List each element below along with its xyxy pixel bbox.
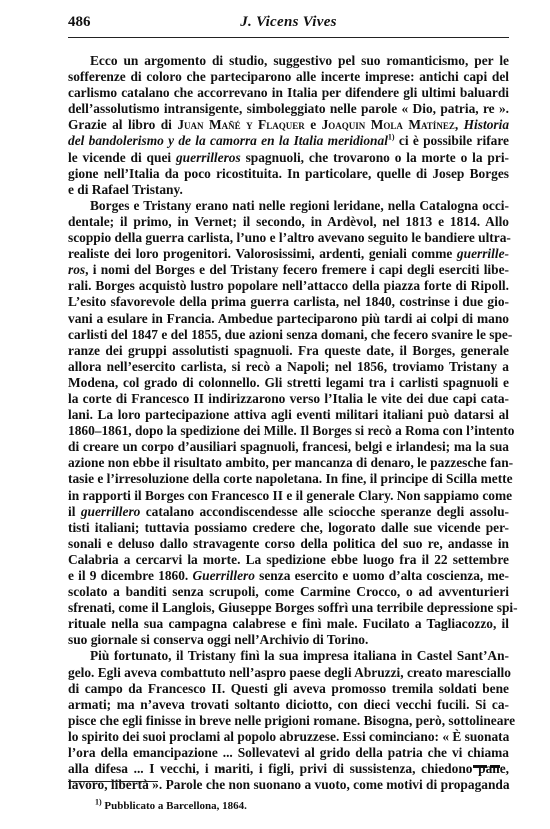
italic-term: guerrille- [457, 246, 509, 261]
author-name: Juan Mañé y Flaquer [177, 117, 304, 132]
text-line: tasie e l’irresoluzione della corte napo… [68, 471, 509, 487]
text-line: dentale; il primo, in Vernet; il secondo… [68, 214, 509, 230]
running-title: J. Vicens Vives [68, 14, 509, 31]
text-line: suo giornale si conserva oggi nell’Archi… [68, 632, 509, 648]
text-line: rali. Borges acquistò lustro popolare ne… [68, 278, 509, 294]
text-line: e il 9 dicembre 1860. Guerrillero senza … [68, 568, 509, 584]
italic-term: Guerrillero [192, 568, 255, 583]
scan-mark [490, 765, 500, 768]
text-line: azione non ebbe il risultato ambito, per… [68, 455, 509, 471]
text-line: realiste dei loro progenitori. Valorosis… [68, 246, 509, 262]
text-line: L’esito sfavorevole della prima guerra c… [68, 294, 509, 310]
text-line: gelo. Egli aveva combattuto nell’aspro p… [68, 665, 509, 681]
text-line: allora nell’esercito carlista, si recò a… [68, 359, 509, 375]
text-fragment: senza esercito e uomo d’alta coscienza, … [255, 568, 509, 583]
text-fragment: il [68, 504, 81, 519]
text-line: Più fortunato, il Tristany finì la sua i… [68, 648, 509, 664]
footnote: 1) Pubblicato a Barcellona, 1864. [95, 800, 247, 812]
text-line: ranze dei gruppi assolutisti spagnuoli. … [68, 343, 509, 359]
text-fragment: le vicende di quei [68, 150, 176, 165]
running-head: 486 J. Vicens Vives [68, 10, 509, 32]
book-title: del bandolerismo y de la camorra en la I… [68, 133, 388, 148]
author-name: Joaquin Mola Matínez [322, 117, 455, 132]
text-fragment: ci è possibile rifare [395, 133, 509, 148]
footnote-text: Pubblicato a Barcellona, 1864. [102, 800, 247, 812]
text-fragment: e il 9 dicembre 1860. [68, 568, 192, 583]
text-fragment: , i nomi del Borges e del Tristany fecer… [85, 262, 509, 277]
text-line: scolato a banditi senza scrupoli, come C… [68, 584, 509, 600]
header-rule [68, 37, 509, 38]
text-line: di creare un corpo d’ausiliari spagnuoli… [68, 439, 509, 455]
text-fragment: spagnuoli, che trovarono o la morte o la… [241, 150, 509, 165]
text-line: Modena, col grado di colonnello. Gli str… [68, 375, 509, 391]
text-line: dell’assolutismo intransigente, simboleg… [68, 101, 509, 117]
text-line: lavoro, libertà ». Parole che non suonan… [68, 777, 509, 793]
text-line: in rapporti il Borges con Francesco II e… [68, 488, 509, 504]
text-line: Ecco un argomento di studio, suggestivo … [68, 53, 509, 69]
text-line: di campo da Francesco II. Questi gli ave… [68, 681, 509, 697]
text-line: e di Rafael Tristany. [68, 182, 509, 198]
text-line: sonali e deluso dallo stravagente corso … [68, 536, 509, 552]
body-text: Ecco un argomento di studio, suggestivo … [68, 53, 509, 793]
text-line: il guerrillero catalano accondiscendesse… [68, 504, 509, 520]
scan-mark [473, 765, 487, 768]
text-line: lani. La loro partecipazione attiva agli… [68, 407, 509, 423]
text-line: carlisti del 1847 e del 1855, due azioni… [68, 327, 509, 343]
footnote-rule [68, 781, 158, 782]
text-line: carlismo catalano che accorrevano in Ita… [68, 85, 509, 101]
text-line: del bandolerismo y de la camorra en la I… [68, 133, 509, 149]
scan-marks [473, 765, 509, 769]
text-line: l’ora della emancipazione ... Sollevatev… [68, 745, 509, 761]
italic-term: ros [68, 262, 85, 277]
text-fragment: , [455, 117, 464, 132]
text-line: sfrenati, come il Langlois, Giuseppe Bor… [68, 600, 509, 616]
text-fragment: Grazie al libro di [68, 117, 177, 132]
text-line: armati; ma n’aveva trovati soltanto dici… [68, 697, 509, 713]
text-line: 1860–1861, dopo la spedizione dei Mille.… [68, 423, 509, 439]
book-title: Historia [464, 117, 509, 132]
text-line: gione nell’Italia da poco ricostituita. … [68, 166, 509, 182]
text-line: ros, i nomi del Borges e del Tristany fe… [68, 262, 509, 278]
text-line: alla difesa ... I vecchi, i mariti, i fi… [68, 761, 509, 777]
text-line: vani a esulare in Francia. Ambedue parte… [68, 311, 509, 327]
text-line: sofferenze di coloro che parteciparono a… [68, 69, 509, 85]
italic-term: guerrilleros [176, 150, 241, 165]
text-line: tisti italiani; tuttavia possiamo creder… [68, 520, 509, 536]
text-line: rituale nella sua campagna calabrese e f… [68, 616, 509, 632]
footnote-marker: 1) [95, 797, 102, 806]
text-line: lo spirito dei suoi proclami al popolo a… [68, 729, 509, 745]
text-fragment: realiste dei loro progenitori. Valorosis… [68, 246, 457, 261]
text-line: scoppio della guerra carlista, l’uno e l… [68, 230, 509, 246]
italic-term: guerrillero [81, 504, 141, 519]
text-fragment: catalano accondiscendesse alle sciocche … [140, 504, 509, 519]
text-line: la corte di Francesco II indirizzarono v… [68, 391, 509, 407]
footnote-ref: 1) [388, 133, 395, 142]
text-line: Borges e Tristany erano nati nelle regio… [68, 198, 509, 214]
text-line: le vicende di quei guerrilleros spagnuol… [68, 150, 509, 166]
text-line: Calabria a cercarvi la morte. La spedizi… [68, 552, 509, 568]
text-line: pisce che egli finisse in breve nelle pr… [68, 713, 509, 729]
text-line: Grazie al libro di Juan Mañé y Flaquer e… [68, 117, 509, 133]
text-fragment: e [305, 117, 322, 132]
scan-speck [221, 768, 223, 770]
